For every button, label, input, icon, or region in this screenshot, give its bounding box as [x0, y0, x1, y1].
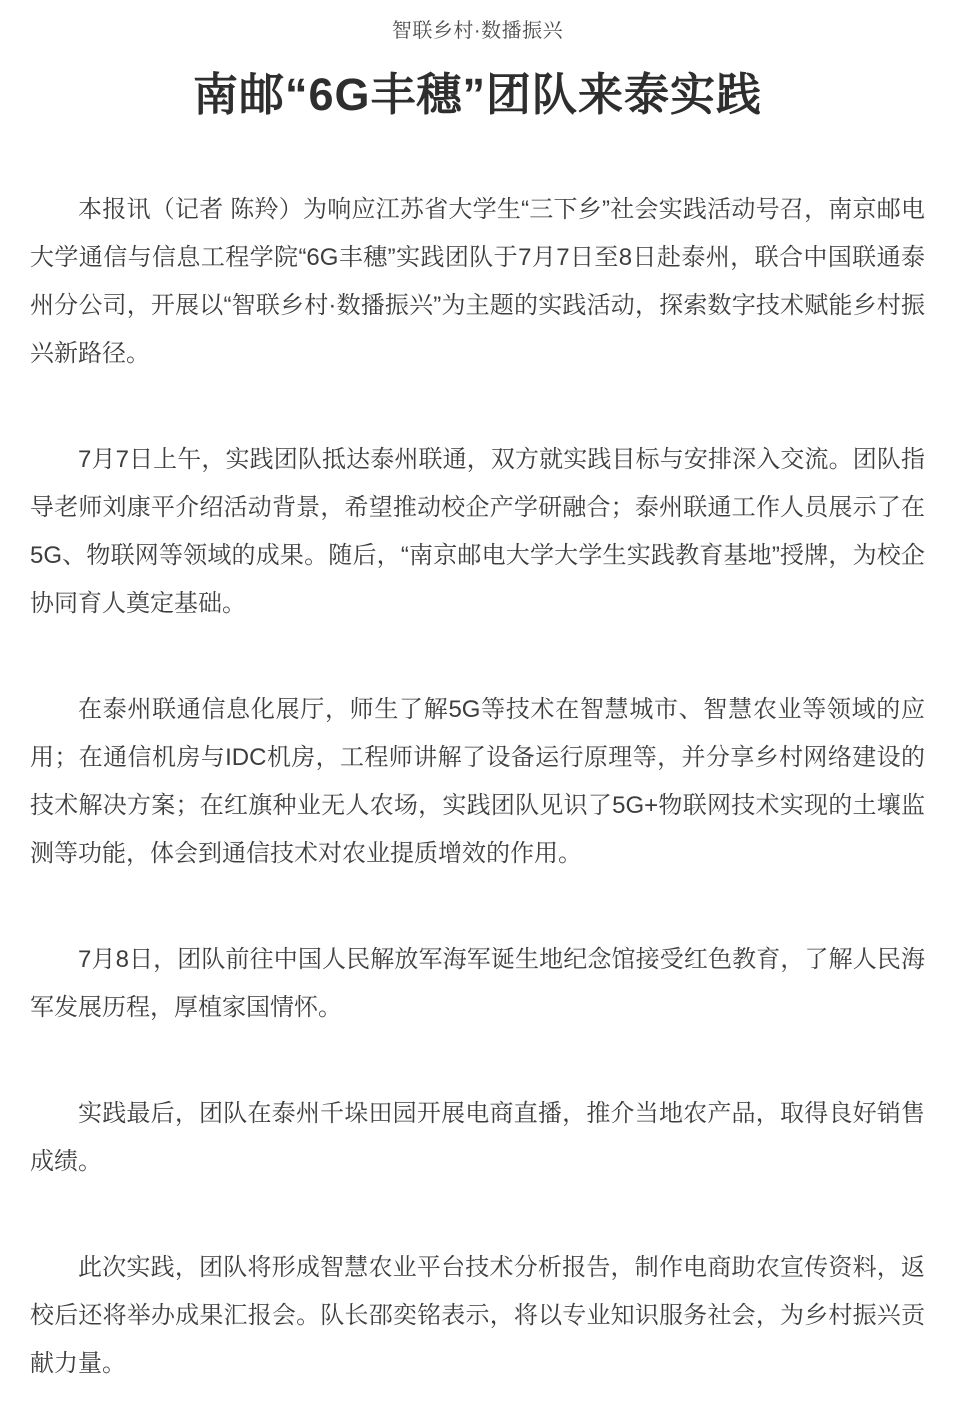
article-paragraph: 实践最后，团队在泰州千垛田园开展电商直播，推介当地农产品，取得良好销售成绩。 [30, 1090, 925, 1186]
article: 智联乡村·数播振兴 南邮“6G丰穗”团队来泰实践 本报讯（记者 陈羚）为响应江苏… [0, 0, 955, 1388]
article-paragraph: 7月8日，团队前往中国人民解放军海军诞生地纪念馆接受红色教育，了解人民海军发展历… [30, 936, 925, 1032]
article-body: 本报讯（记者 陈羚）为响应江苏省大学生“三下乡”社会实践活动号召，南京邮电大学通… [30, 186, 925, 1388]
article-paragraph: 7月7日上午，实践团队抵达泰州联通，双方就实践目标与安排深入交流。团队指导老师刘… [30, 436, 925, 628]
article-kicker: 智联乡村·数播振兴 [30, 20, 925, 42]
article-paragraph: 本报讯（记者 陈羚）为响应江苏省大学生“三下乡”社会实践活动号召，南京邮电大学通… [30, 186, 925, 378]
article-paragraph: 此次实践，团队将形成智慧农业平台技术分析报告，制作电商助农宣传资料，返校后还将举… [30, 1244, 925, 1388]
article-paragraph: 在泰州联通信息化展厅，师生了解5G等技术在智慧城市、智慧农业等领域的应用；在通信… [30, 686, 925, 878]
page-title: 南邮“6G丰穗”团队来泰实践 [30, 70, 925, 120]
